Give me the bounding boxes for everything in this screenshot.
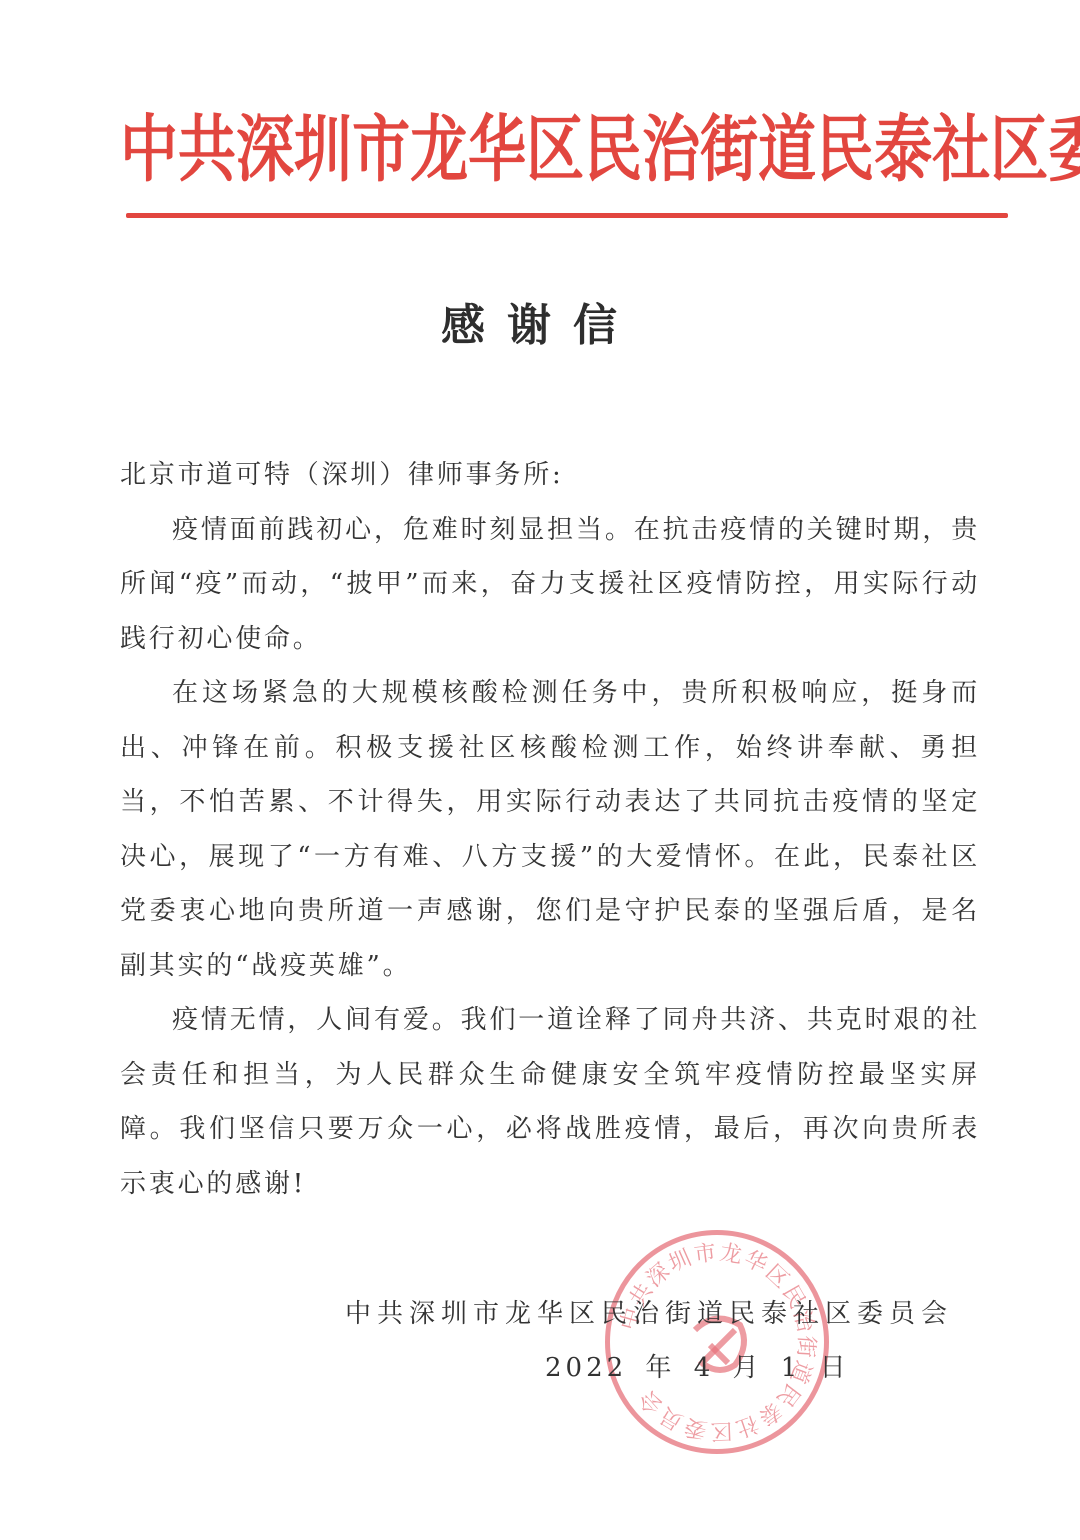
letterhead-char: 泰: [874, 92, 932, 207]
salutation: 北京市道可特（深圳）律师事务所:: [120, 448, 980, 503]
letterhead-char: 中: [120, 92, 178, 207]
body-paragraph: 在这场紧急的大规模核酸检测任务中，贵所积极响应，挺身而出、冲锋在前。积极支援社区…: [120, 666, 980, 993]
letter-body: 北京市道可特（深圳）律师事务所: 疫情面前践初心，危难时刻显担当。在抗击疫情的关…: [120, 448, 980, 1211]
letterhead-char: 治: [642, 92, 700, 207]
document-title: 感谢信: [0, 296, 1080, 356]
letterhead-char: 龙: [410, 92, 468, 207]
letterhead-char: 华: [468, 92, 526, 207]
letterhead-char: 深: [236, 92, 294, 207]
letterhead-char: 道: [758, 92, 816, 207]
letterhead-char: 共: [178, 92, 236, 207]
signature-organization: 中共深圳市龙华区民治街道民泰社区委员会: [345, 1292, 953, 1336]
letterhead-char: 区: [990, 92, 1048, 207]
letterhead-char: 民: [584, 92, 642, 207]
letterhead-char: 民: [816, 92, 874, 207]
svg-text:中共深圳市龙华区民治街道民泰社区委员会: 中共深圳市龙华区民治街道民泰社区委员会: [616, 1240, 818, 1443]
official-seal-stamp: 中共深圳市龙华区民治街道民泰社区委员会: [605, 1230, 829, 1454]
letterhead-char: 社: [932, 92, 990, 207]
body-paragraph: 疫情面前践初心，危难时刻显担当。在抗击疫情的关键时期，贵所闻“疫”而动，“披甲”…: [120, 503, 980, 667]
letterhead-char: 圳: [294, 92, 352, 207]
seal-ring-text: 中共深圳市龙华区民治街道民泰社区委员会: [616, 1240, 818, 1443]
signature-date: 2022 年 4 月 1 日: [545, 1346, 850, 1390]
letterhead-organization: 中 共 深 圳 市 龙 华 区 民 治 街 道 民 泰 社 区 委 员 会: [120, 92, 990, 207]
seal-icon: 中共深圳市龙华区民治街道民泰社区委员会: [610, 1235, 824, 1449]
letterhead-char: 区: [526, 92, 584, 207]
letterhead-divider: [126, 213, 1008, 218]
letterhead-char: 市: [352, 92, 410, 207]
letterhead-char: 街: [700, 92, 758, 207]
letterhead-char: 委: [1048, 92, 1080, 207]
body-paragraph: 疫情无情，人间有爱。我们一道诠释了同舟共济、共克时艰的社会责任和担当，为人民群众…: [120, 993, 980, 1211]
